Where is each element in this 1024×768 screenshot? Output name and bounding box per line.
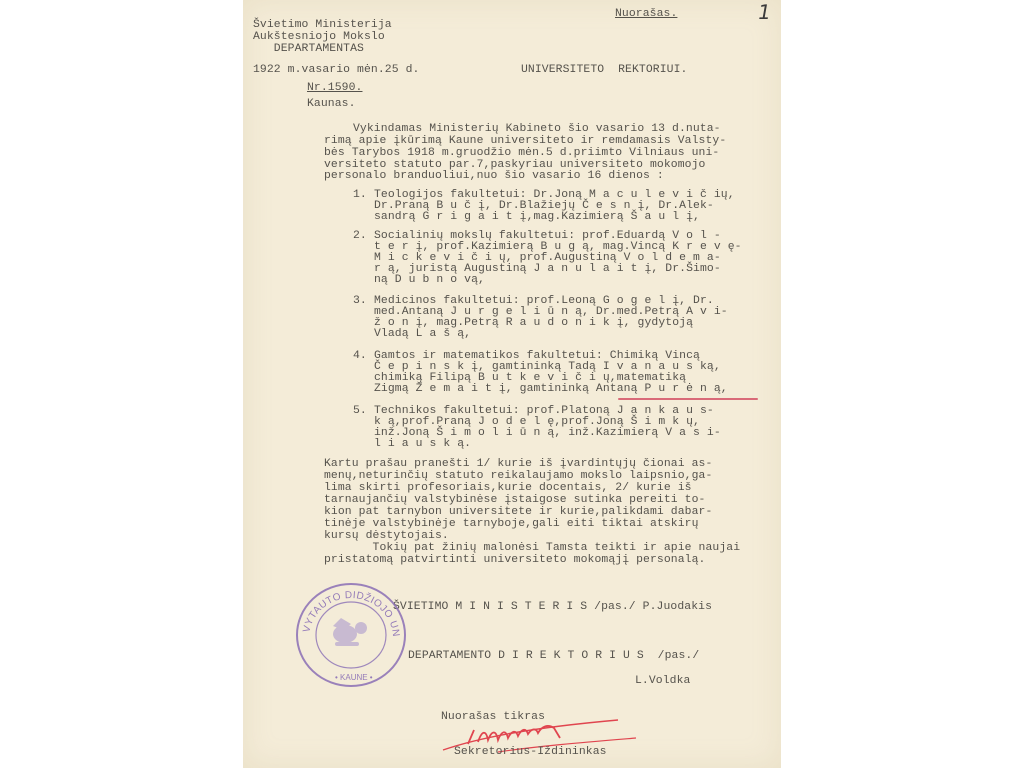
closing-line: tinėje valstybinėje tarnyboje,gali eiti … — [324, 519, 699, 530]
faculty-number: 3. — [353, 296, 367, 307]
document-page: 1 Nuorašas. Švietimo Ministerija Aukštes… — [243, 0, 781, 768]
faculty-line: chimiką Filipą B u t k e v i č i ų,matem… — [374, 373, 686, 384]
faculty-line: ž o n į, mag.Petrą R a u d o n i k į, gy… — [374, 318, 693, 329]
red-underline — [618, 398, 758, 400]
faculty-line: med.Antaną J u r g e l i ū n ą, Dr.med.P… — [374, 307, 728, 318]
intro-line: personalo branduoliui,nuo šio vasario 16… — [324, 171, 664, 182]
intro-line: Vykindamas Ministerių Kabineto šio vasar… — [353, 124, 721, 135]
certification-role: Sekretorius-Iždininkas — [454, 747, 607, 758]
document-date: 1922 m.vasario mėn.25 d. — [253, 65, 419, 76]
closing-line: kursų dėstytojais. — [324, 531, 449, 542]
intro-line: rimą apie įkūrimą Kaune universiteto ir … — [324, 136, 726, 147]
faculty-number: 1. — [353, 190, 367, 201]
faculty-number: 4. — [353, 351, 367, 362]
closing-line: tarnaujančių valstybinėse įstaigose suti… — [324, 495, 705, 506]
faculty-line: Vladą L a š ą, — [374, 329, 471, 340]
director-name: L.Voldka — [635, 676, 690, 687]
faculty-line: Č e p i n s k į, gamtininką Tadą I v a n… — [374, 362, 721, 373]
faculty-line: l i a u s k ą. — [374, 439, 471, 450]
faculty-line: Teologijos fakultetui: Dr.Joną M a c u l… — [374, 190, 735, 201]
director-signature: DEPARTAMENTO D I R E K T O R I U S /pas.… — [408, 651, 699, 662]
addressee: UNIVERSITETO REKTORIUI. — [521, 65, 687, 76]
minister-signature: ŠVIETIMO M I N I S T E R I S /pas./ P.Ju… — [393, 602, 712, 613]
intro-line: versiteto statuto par.7,paskyriau univer… — [324, 160, 705, 171]
faculty-line: Socialinių mokslų fakultetui: prof.Eduar… — [374, 231, 721, 242]
page-number: 1 — [756, 0, 773, 24]
faculty-line: Dr.Praną B u č į, Dr.Blažiejų Č e s n į,… — [374, 201, 714, 212]
closing-line: lima skirti profesoriais,kurie docentais… — [324, 483, 692, 494]
place: Kaunas. — [307, 99, 356, 110]
faculty-line: Zigmą Ž e m a i t į, gamtininką Antaną P… — [374, 384, 728, 395]
faculty-line: t e r į, prof.Kazimierą B u g ą, mag.Vin… — [374, 242, 742, 253]
svg-text:• KAUNE •: • KAUNE • — [335, 673, 373, 682]
header-line-2: Aukštesniojo Mokslo — [253, 32, 385, 43]
faculty-line: sandrą G r i g a i t į,mag.Kazimierą Š a… — [374, 212, 700, 223]
closing-line: menų,neturinčių statuto reikalaujamo mok… — [324, 471, 712, 482]
faculty-line: Technikos fakultetui: prof.Platoną J a n… — [374, 406, 714, 417]
faculty-line: r ą, juristą Augustiną J a n u l a i t į… — [374, 264, 721, 275]
university-stamp-icon: VYTAUTO DIDŽIOJO UNIVERSITETAS • KAUNE • — [295, 582, 407, 688]
header-line-3: DEPARTAMENTAS — [253, 44, 364, 55]
intro-line: bės Tarybos 1918 m.gruodžio mėn.5 d.prii… — [324, 148, 719, 159]
faculty-line: Medicinos fakultetui: prof.Leoną G o g e… — [374, 296, 714, 307]
faculty-line: k ą,prof.Praną J o d e l ę,prof.Joną Š i… — [374, 417, 700, 428]
copy-label: Nuorašas. — [615, 9, 677, 20]
closing-line: Tokių pat žinių malonėsi Tamsta teikti i… — [324, 543, 740, 554]
faculty-number: 2. — [353, 231, 367, 242]
faculty-number: 5. — [353, 406, 367, 417]
header-line-1: Švietimo Ministerija — [253, 20, 392, 31]
closing-line: pristatomą patvirtinti universiteto moko… — [324, 555, 705, 566]
faculty-line: inž.Joną Š i m o l i ū n ą, inž.Kazimier… — [374, 428, 721, 439]
closing-line: kion pat tarnybon universitete ir kurie,… — [324, 507, 712, 518]
faculty-line: ną D u b n o vą, — [374, 275, 485, 286]
closing-line: Kartu prašau pranešti 1/ kurie iš įvardi… — [324, 459, 712, 470]
document-number: Nr.1590. — [307, 83, 362, 94]
faculty-line: Gamtos ir matematikos fakultetui: Chimik… — [374, 351, 700, 362]
faculty-line: M i c k e v i č i ų, prof.Augustiną V o … — [374, 253, 721, 264]
